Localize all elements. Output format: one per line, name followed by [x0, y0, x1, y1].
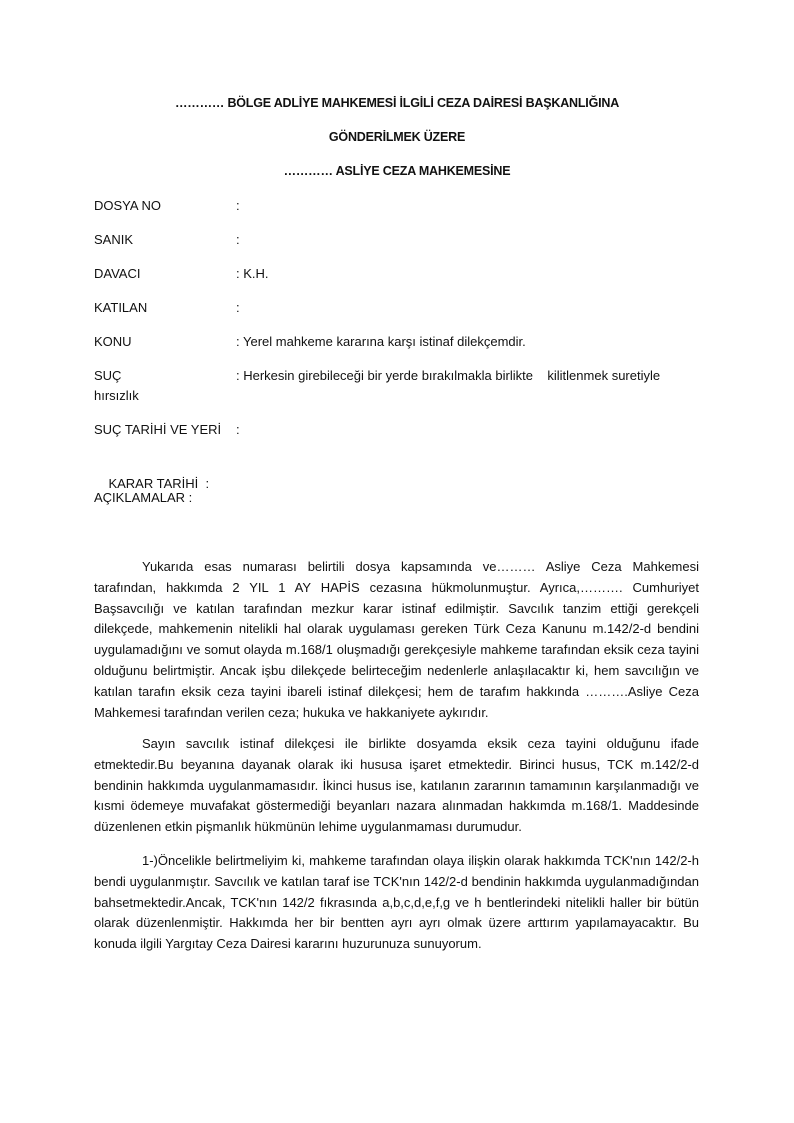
field-label: KATILAN	[94, 298, 236, 318]
field-davaci: DAVACI: K.H.	[94, 264, 269, 284]
field-value: : Yerel mahkeme kararına karşı istinaf d…	[236, 334, 526, 349]
field-label: SUÇ	[94, 366, 236, 386]
field-aciklamalar: AÇIKLAMALAR :	[94, 488, 192, 508]
field-katilan: KATILAN:	[94, 298, 240, 318]
heading-to-be-sent: GÖNDERİLMEK ÜZERE	[0, 130, 794, 144]
field-value: :	[236, 300, 240, 315]
field-label: SANIK	[94, 230, 236, 250]
field-label: KONU	[94, 332, 236, 352]
field-suc: SUÇ: Herkesin girebileceği bir yerde bır…	[94, 366, 694, 406]
field-dosya-no: DOSYA NO:	[94, 196, 240, 216]
heading-regional-court: ………… BÖLGE ADLİYE MAHKEMESİ İLGİLİ CEZA …	[0, 96, 794, 110]
field-konu: KONU: Yerel mahkeme kararına karşı istin…	[94, 332, 526, 352]
field-sanik: SANIK:	[94, 230, 240, 250]
paragraph-argument-1: 1-)Öncelikle belirtmeliyim ki, mahkeme t…	[94, 851, 699, 955]
field-value: : K.H.	[236, 266, 269, 281]
field-label: AÇIKLAMALAR :	[94, 490, 192, 505]
paragraph-intro: Yukarıda esas numarası belirtili dosya k…	[94, 557, 699, 723]
field-value-continuation: hırsızlık	[94, 386, 694, 406]
field-label: DAVACI	[94, 264, 236, 284]
field-label: DOSYA NO	[94, 196, 236, 216]
document-page: ………… BÖLGE ADLİYE MAHKEMESİ İLGİLİ CEZA …	[0, 0, 794, 1123]
heading-criminal-court: ………… ASLİYE CEZA MAHKEMESİNE	[0, 164, 794, 178]
paragraph-prosecution-claims: Sayın savcılık istinaf dilekçesi ile bir…	[94, 734, 699, 838]
field-label: SUÇ TARİHİ VE YERİ	[94, 420, 236, 440]
field-value: :	[236, 198, 240, 213]
field-value: :	[236, 422, 240, 437]
field-value: :	[236, 232, 240, 247]
field-suc-tarihi: SUÇ TARİHİ VE YERİ:	[94, 420, 240, 440]
field-value: : Herkesin girebileceği bir yerde bırakı…	[236, 368, 660, 383]
